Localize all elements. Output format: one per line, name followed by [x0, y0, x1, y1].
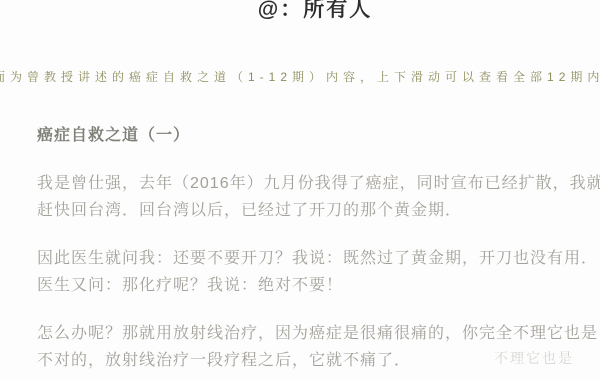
page-title: @：所有人 [0, 0, 600, 24]
paragraph-3-line-1: 怎么办呢？那就用放射线治疗，因为癌症是很痛很痛的，你完全不理它也是 [37, 320, 598, 347]
paragraph-1: 我是曾仕强，去年（2016年）九月份我得了癌症，同时宣布已经扩散，我就 赶快回台… [37, 170, 600, 224]
paragraph-1-line-1: 我是曾仕强，去年（2016年）九月份我得了癌症，同时宣布已经扩散，我就 [37, 170, 600, 197]
paragraph-2-line-2: 医生又问：那化疗呢？我说：绝对不要！ [37, 272, 598, 299]
paragraph-2-line-1: 因此医生就问我：还要不要开刀？我说：既然过了黄金期，开刀也没有用． [37, 245, 598, 272]
article-heading: 癌症自救之道（一） [37, 126, 190, 146]
ghost-watermark-text: 不理它也是 [494, 349, 574, 367]
article-page: @：所有人 面为曾教授讲述的癌症自救之道（1-12期）内容，上下滑动可以查看全部… [0, 0, 600, 381]
paragraph-2: 因此医生就问我：还要不要开刀？我说：既然过了黄金期，开刀也没有用． 医生又问：那… [37, 245, 598, 299]
paragraph-1-line-2: 赶快回台湾．回台湾以后，已经过了开刀的那个黄金期． [37, 197, 600, 224]
scroll-hint-strip: 面为曾教授讲述的癌症自救之道（1-12期）内容，上下滑动可以查看全部12期内 [0, 69, 600, 85]
